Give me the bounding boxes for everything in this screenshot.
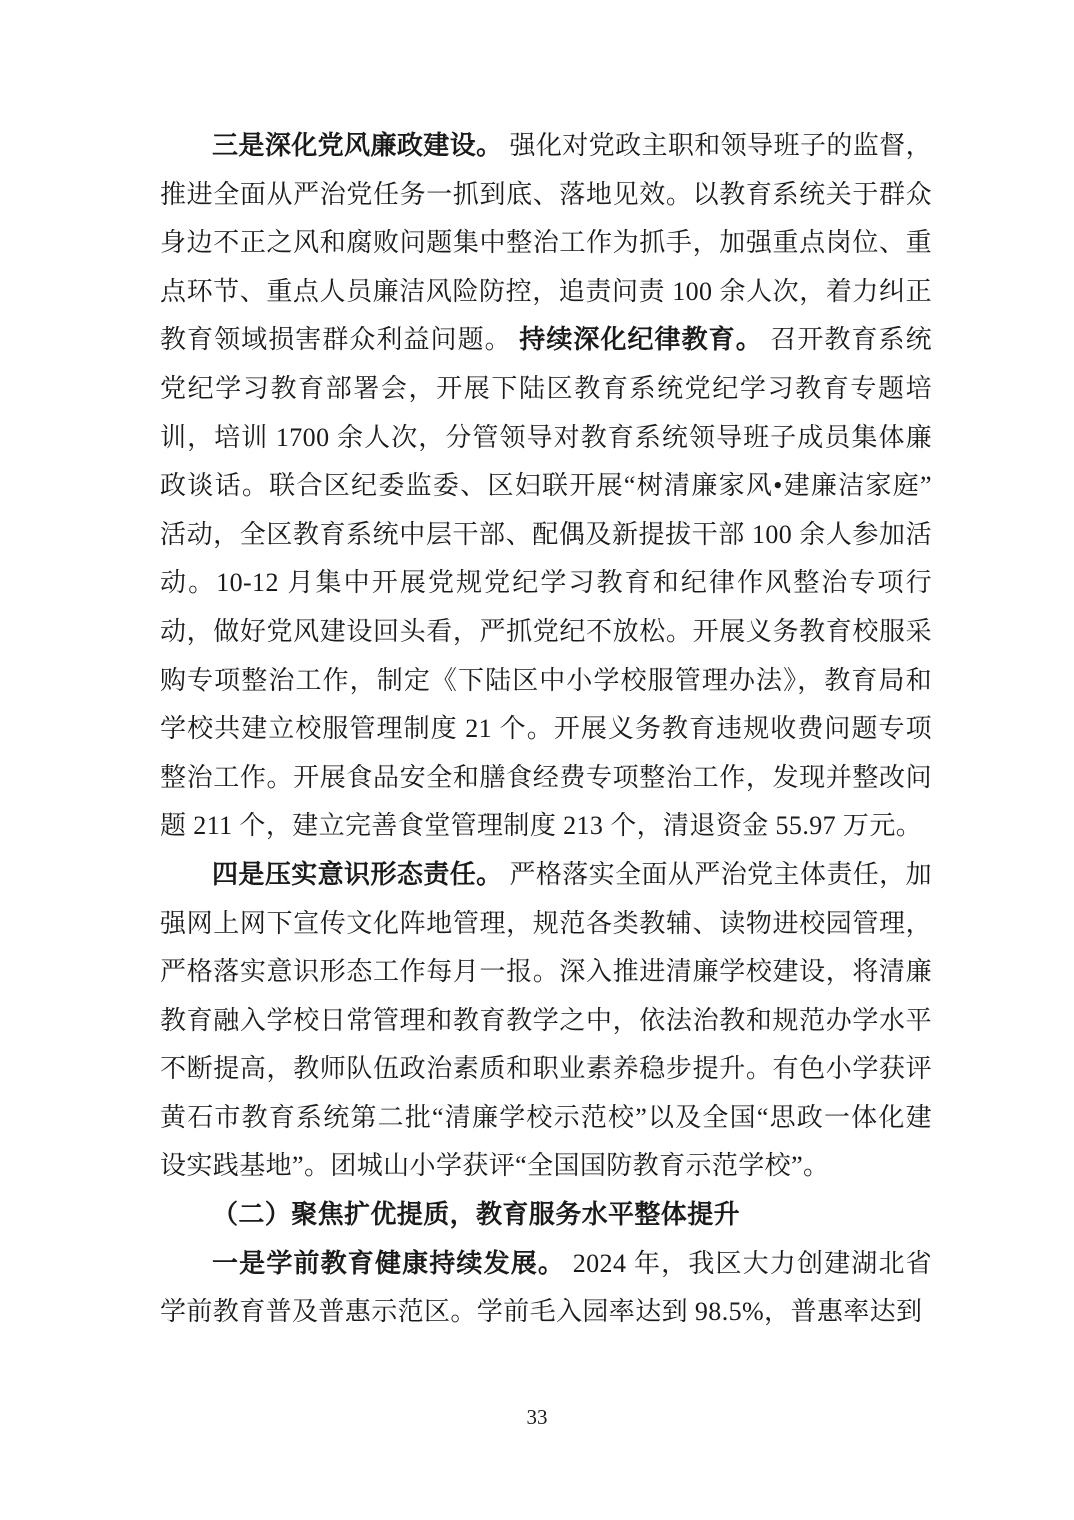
- body-text: 强化对党政主职和领导班子的监督，推进全面从严治党任务一抓到底、落地见效。以教育系…: [160, 131, 932, 354]
- body-text: 召开教育系统党纪学习教育部署会，开展下陆区教育系统党纪学习教育专题培训，培训 1…: [160, 325, 932, 840]
- paragraph-party-conduct: 三是深化党风廉政建设。 强化对党政主职和领导班子的监督，推进全面从严治党任务一抓…: [160, 122, 932, 851]
- paragraph-ideology-responsibility: 四是压实意识形态责任。 严格落实全面从严治党主体责任，加强网上网下宣传文化阵地管…: [160, 851, 932, 1191]
- document-page: 三是深化党风廉政建设。 强化对党政主职和领导班子的监督，推进全面从严治党任务一抓…: [0, 0, 1074, 1520]
- run-in-heading-discipline-education: 持续深化纪律教育。: [519, 325, 763, 354]
- run-in-heading-ideology: 四是压实意识形态责任。: [212, 860, 503, 889]
- section-heading-two: （二）聚焦扩优提质，教育服务水平整体提升: [160, 1191, 932, 1240]
- run-in-heading-party-conduct: 三是深化党风廉政建设。: [212, 131, 503, 160]
- paragraph-preschool-education: 一是学前教育健康持续发展。 2024 年，我区大力创建湖北省学前教育普及普惠示范…: [160, 1240, 932, 1337]
- page-number: 33: [0, 1402, 1074, 1432]
- run-in-heading-preschool: 一是学前教育健康持续发展。: [212, 1249, 565, 1278]
- body-text: 严格落实全面从严治党主体责任，加强网上网下宣传文化阵地管理，规范各类教辅、读物进…: [160, 860, 932, 1181]
- page-content: 三是深化党风廉政建设。 强化对党政主职和领导班子的监督，推进全面从严治党任务一抓…: [160, 122, 932, 1337]
- section-heading-text: （二）聚焦扩优提质，教育服务水平整体提升: [212, 1200, 740, 1229]
